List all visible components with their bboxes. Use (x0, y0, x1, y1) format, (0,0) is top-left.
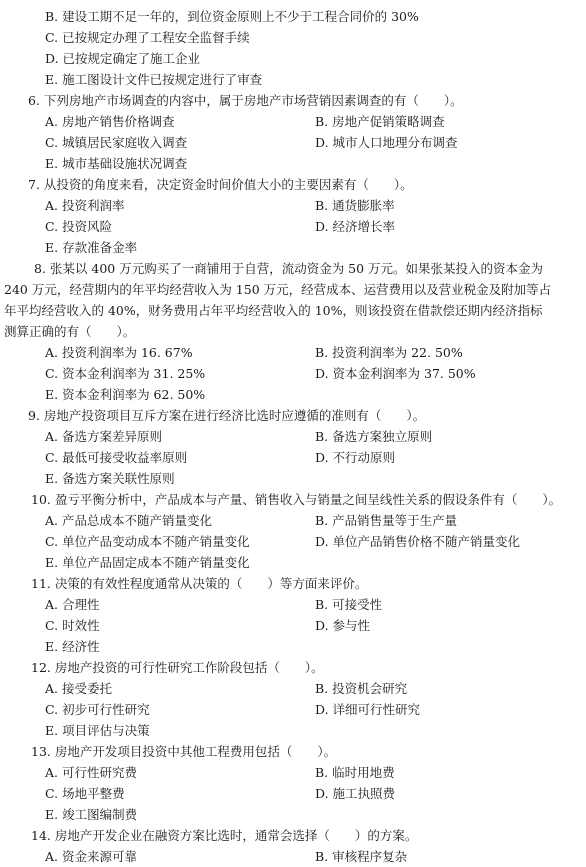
q13-option-d: D. 施工执照费 (315, 783, 395, 804)
q12-option-d: D. 详细可行性研究 (315, 699, 420, 720)
q13-option-b: B. 临时用地费 (315, 762, 395, 783)
question-11-stem: 11. 决策的有效性程度通常从决策的（ ）等方面来评价。 (31, 573, 367, 594)
q11-option-c: C. 时效性 (45, 615, 100, 636)
question-8-stem-line-4: 测算正确的有（ ）。 (4, 321, 135, 342)
q8-option-c: C. 资本金利润率为 31. 25% (45, 363, 205, 384)
q12-option-b: B. 投资机会研究 (315, 678, 407, 699)
q9-option-a: A. 备选方案差异原则 (45, 426, 162, 447)
q11-option-a: A. 合理性 (45, 594, 99, 615)
q5-option-e: E. 施工图设计文件已按规定进行了审查 (45, 69, 262, 90)
q5-option-c: C. 已按规定办理了工程安全监督手续 (45, 27, 250, 48)
q13-option-c: C. 场地平整费 (45, 783, 125, 804)
q10-option-d: D. 单位产品销售价格不随产销量变化 (315, 531, 520, 552)
q6-option-c: C. 城镇居民家庭收入调查 (45, 132, 187, 153)
q9-option-c: C. 最低可接受收益率原则 (45, 447, 187, 468)
q8-option-b: B. 投资利润率为 22. 50% (315, 342, 463, 363)
question-8-stem-line-1: 8. 张某以 400 万元购买了一商铺用于自营，流动资金为 50 万元。如果张某… (34, 258, 543, 279)
question-8-stem-line-2: 240 万元，经营期内的年平均经营收入为 150 万元，经营成本、运营费用以及营… (4, 279, 551, 300)
q7-option-c: C. 投资风险 (45, 216, 112, 237)
q7-option-e: E. 存款准备金率 (45, 237, 137, 258)
q6-option-d: D. 城市人口地理分布调查 (315, 132, 458, 153)
q12-option-c: C. 初步可行性研究 (45, 699, 150, 720)
q10-option-a: A. 产品总成本不随产销量变化 (45, 510, 212, 531)
question-10-stem: 10. 盈亏平衡分析中，产品成本与产量、销售收入与销量之间呈线性关系的假设条件有… (31, 489, 561, 510)
q11-option-b: B. 可接受性 (315, 594, 382, 615)
q14-option-b: B. 审核程序复杂 (315, 846, 407, 867)
q9-option-b: B. 备选方案独立原则 (315, 426, 432, 447)
q11-option-d: D. 参与性 (315, 615, 370, 636)
q13-option-e: E. 竣工图编制费 (45, 804, 137, 825)
q8-option-a: A. 投资利润率为 16. 67% (45, 342, 193, 363)
q10-option-e: E. 单位产品固定成本不随产销量变化 (45, 552, 250, 573)
question-8-stem-line-3: 年平均经营收入的 40%，财务费用占年平均经营收入的 10%，则该投资在借款偿还… (4, 300, 543, 321)
q14-option-a: A. 资金来源可靠 (45, 846, 137, 867)
q13-option-a: A. 可行性研究费 (45, 762, 137, 783)
q12-option-a: A. 接受委托 (45, 678, 112, 699)
q7-option-d: D. 经济增长率 (315, 216, 395, 237)
question-14-stem: 14. 房地产开发企业在融资方案比选时，通常会选择（ ）的方案。 (31, 825, 417, 846)
q10-option-c: C. 单位产品变动成本不随产销量变化 (45, 531, 250, 552)
q10-option-b: B. 产品销售量等于生产量 (315, 510, 457, 531)
q8-option-e: E. 资本金利润率为 62. 50% (45, 384, 205, 405)
q11-option-e: E. 经济性 (45, 636, 100, 657)
question-6-stem: 6. 下列房地产市场调查的内容中，属于房地产市场营销因素调查的有（ ）。 (28, 90, 463, 111)
question-7-stem: 7. 从投资的角度来看，决定资金时间价值大小的主要因素有（ ）。 (28, 174, 413, 195)
q8-option-d: D. 资本金利润率为 37. 50% (315, 363, 476, 384)
q5-option-d: D. 已按规定确定了施工企业 (45, 48, 200, 69)
q6-option-e: E. 城市基础设施状况调查 (45, 153, 187, 174)
q7-option-b: B. 通货膨胀率 (315, 195, 395, 216)
question-9-stem: 9. 房地产投资项目互斥方案在进行经济比选时应遵循的准则有（ ）。 (28, 405, 425, 426)
q6-option-b: B. 房地产促销策略调查 (315, 111, 445, 132)
question-12-stem: 12. 房地产投资的可行性研究工作阶段包括（ ）。 (31, 657, 324, 678)
q5-option-b: B. 建设工期不足一年的，到位资金原则上不少于工程合同价的 30% (45, 6, 419, 27)
q9-option-e: E. 备选方案关联性原则 (45, 468, 175, 489)
q7-option-a: A. 投资利润率 (45, 195, 124, 216)
q6-option-a: A. 房地产销售价格调查 (45, 111, 174, 132)
q9-option-d: D. 不行动原则 (315, 447, 395, 468)
q12-option-e: E. 项目评估与决策 (45, 720, 150, 741)
question-13-stem: 13. 房地产开发项目投资中其他工程费用包括（ ）。 (31, 741, 336, 762)
